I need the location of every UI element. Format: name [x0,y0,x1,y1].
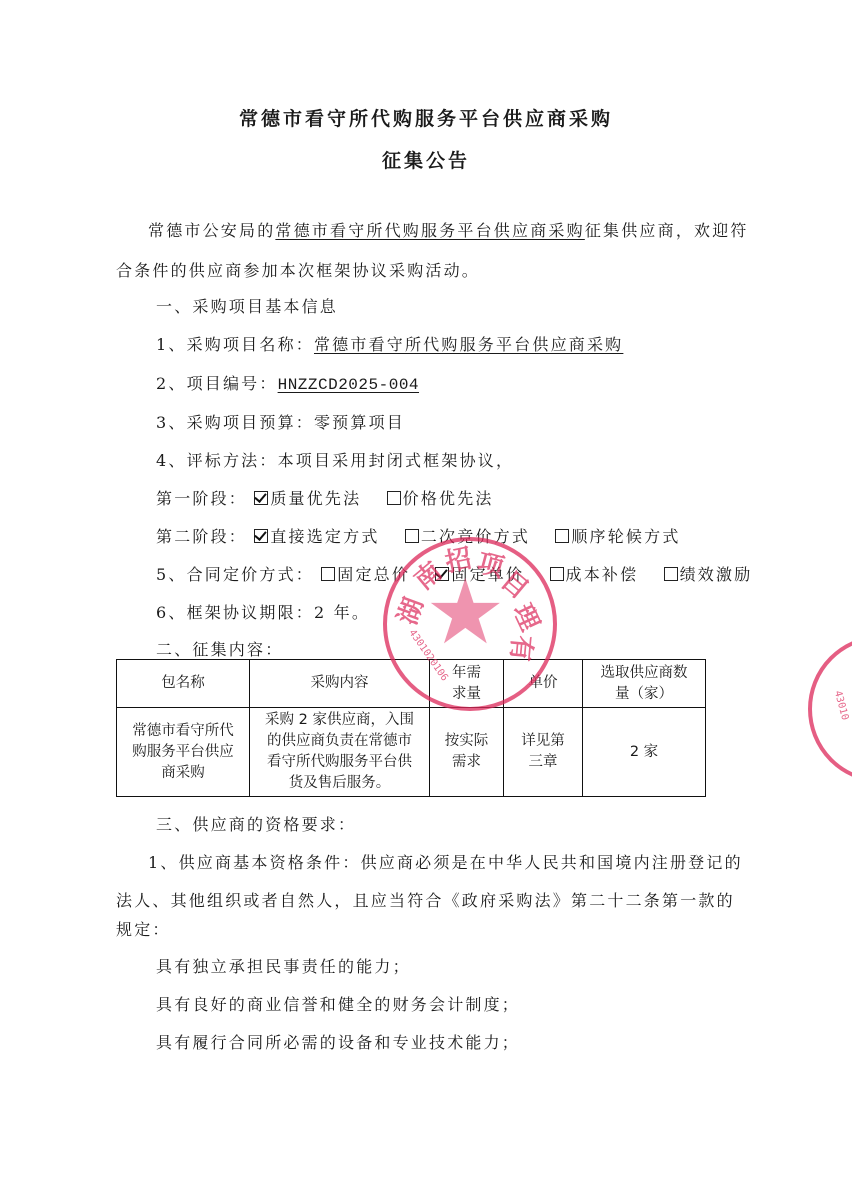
table-row: 常德市看守所代 购服务平台供应 商采购 采购 2 家供应商，入围 的供应商负责在… [117,708,706,797]
requirement-1: 具有独立承担民事责任的能力； [156,954,411,977]
qualification-line1: 1、供应商基本资格条件：供应商必须是在中华人民共和国境内注册登记的 [148,850,743,873]
requirement-2: 具有良好的商业信誉和健全的财务会计制度； [156,992,520,1015]
qualification-line2: 法人、其他组织或者自然人，且应当符合《政府采购法》第二十二条第一款的 [116,888,735,911]
cell-content: 采购 2 家供应商，入围 的供应商负责在常德市 看守所代购服务平台供 货及售后服… [250,708,430,797]
intro-suffix: 征集供应商，欢迎符 [585,221,749,240]
header-package-name: 包名称 [117,660,250,708]
project-number-value: HNZZCD2025-004 [278,376,419,394]
option-performance-incentive: 绩效激励 [664,565,753,584]
table-header-row: 包名称 采购内容 年需求量 单价 选取供应商数量（家） [117,660,706,708]
document-title-line2: 征集公告 [0,146,852,173]
project-number-label: 2、项目编号： [156,374,278,393]
project-name-value: 常德市看守所代购服务平台供应商采购 [314,335,623,354]
intro-line2: 合条件的供应商参加本次框架协议采购活动。 [116,258,480,281]
checkbox-empty-icon [555,529,569,543]
checkbox-empty-icon [387,491,401,505]
checkbox-empty-icon [664,567,678,581]
stage1-line: 第一阶段： 质量优先法 价格优先法 [156,486,512,509]
option-price-first: 价格优先法 [387,489,494,508]
checkbox-empty-icon [405,529,419,543]
project-name-label: 1、采购项目名称： [156,335,314,354]
document-page: 常德市看守所代购服务平台供应商采购 征集公告 常德市公安局的常德市看守所代购服务… [0,0,852,1200]
checkbox-empty-icon [550,567,564,581]
document-title-line1: 常德市看守所代购服务平台供应商采购 [0,104,852,131]
seal-text-fragment: 有 [503,634,542,663]
option-quality-first: 质量优先法 [254,489,361,508]
option-sequential-rotation: 顺序轮候方式 [555,527,680,546]
cell-unit-price: 详见第 三章 [504,708,583,797]
option-cost-compensation: 成本补偿 [550,565,639,584]
option-fixed-total-price: 固定总价 [321,565,410,584]
header-unit-price: 单价 [504,660,583,708]
partial-seal-number: 43010 [832,690,850,722]
option-direct-selection: 直接选定方式 [254,527,379,546]
budget-line: 3、采购项目预算：零预算项目 [156,410,405,433]
checkbox-empty-icon [321,567,335,581]
stage1-label: 第一阶段： [156,489,247,508]
stage2-line: 第二阶段： 直接选定方式 二次竞价方式 顺序轮候方式 [156,524,699,547]
checkbox-checked-icon [254,529,268,543]
checkbox-checked-icon [254,491,268,505]
cell-supplier-count: 2 家 [583,708,706,797]
intro-project-name: 常德市看守所代购服务平台供应商采购 [275,221,584,240]
evaluation-method-line: 4、评标方法：本项目采用封闭式框架协议， [156,448,514,471]
qualification-line3: 规定： [116,917,171,940]
project-name-line: 1、采购项目名称：常德市看守所代购服务平台供应商采购 [156,332,623,355]
intro-line1: 常德市公安局的常德市看守所代购服务平台供应商采购征集供应商，欢迎符 [148,218,749,241]
project-number-line: 2、项目编号：HNZZCD2025-004 [156,371,419,394]
agreement-term-line: 6、框架协议期限：2 年。 [156,600,370,623]
pricing-method-label: 5、合同定价方式： [156,565,314,584]
cell-package-name: 常德市看守所代 购服务平台供应 商采购 [117,708,250,797]
requirement-3: 具有履行合同所必需的设备和专业技术能力； [156,1030,520,1053]
section3-heading: 三、供应商的资格要求： [156,812,356,835]
header-content: 采购内容 [250,660,430,708]
intro-prefix: 常德市公安局的 [148,221,275,240]
section2-heading: 二、征集内容： [156,637,283,660]
collection-content-table: 包名称 采购内容 年需求量 单价 选取供应商数量（家） 常德市看守所代 购服务平… [116,659,706,797]
cell-annual-demand: 按实际 需求 [430,708,504,797]
stage2-label: 第二阶段： [156,527,247,546]
section1-heading: 一、采购项目基本信息 [156,294,338,317]
header-supplier-count: 选取供应商数量（家） [583,660,706,708]
